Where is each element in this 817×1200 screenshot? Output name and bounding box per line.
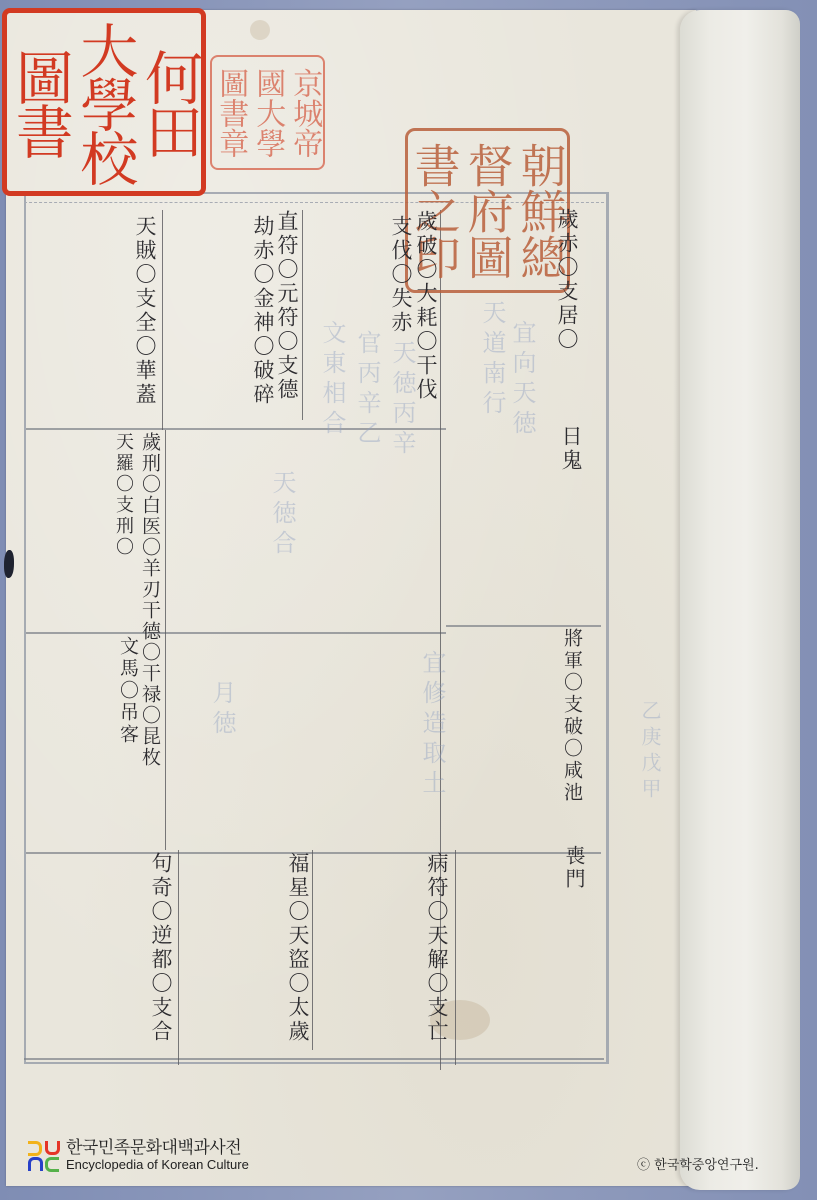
annotation-rule	[455, 850, 456, 1065]
annotation: 直符〇元符〇支德	[276, 210, 297, 402]
annotation: 劫赤〇金神〇破碎	[252, 215, 273, 407]
watermark-english-title: Encyclopedia of Korean Culture	[66, 1158, 249, 1172]
faded-print-text: 乙庚戊甲	[640, 700, 660, 804]
faded-print-text: 文東相合	[320, 320, 344, 440]
faded-print-text: 月徳	[210, 680, 234, 740]
annotation: 句奇〇逆都〇支合	[150, 852, 171, 1044]
annotation: 病符〇天解〇支亡	[426, 852, 447, 1044]
faded-print-text: 官丙辛乙	[355, 330, 379, 450]
rolled-page-edge	[680, 10, 800, 1190]
library-seal-large: 何田 大學校 圖書	[2, 8, 206, 196]
paper-stain	[250, 20, 270, 40]
annotation: 福星〇天盜〇太歲	[287, 852, 308, 1044]
ink-blot	[4, 550, 14, 578]
annotation: 歲赤〇支居〇	[556, 208, 577, 352]
seal-column: 何田	[138, 48, 199, 156]
encyclopedia-watermark: 한국민족문화대백과사전 Encyclopedia of Korean Cultu…	[28, 1140, 249, 1171]
seal-column: 大學校	[74, 21, 135, 183]
grid-row-line	[26, 852, 601, 854]
annotation: 天羅〇支刑〇	[114, 432, 132, 558]
annotation: 天賊〇支全〇華蓋	[134, 215, 155, 407]
annotation-rule	[178, 850, 179, 1065]
seal-column: 京城帝	[289, 68, 321, 158]
annotation-rule	[302, 210, 303, 420]
annotation: 文馬〇吊客	[118, 636, 137, 746]
grid-row-line	[26, 632, 446, 634]
annotation: 歲破〇大耗〇干伐	[415, 210, 436, 402]
encyclopedia-logo-icon	[28, 1141, 60, 1171]
seal-column: 圖書章	[215, 68, 247, 158]
faded-print-text: 天徳丙辛	[390, 340, 414, 460]
annotation-rule	[162, 210, 163, 430]
seal-column: 國大學	[252, 68, 284, 158]
faded-print-text: 宜修造取土	[420, 650, 444, 800]
grid-row-line	[446, 625, 601, 627]
annotation: 喪門	[564, 845, 584, 891]
annotation: 日鬼	[560, 425, 581, 473]
annotation: 將軍〇支破〇咸池	[562, 628, 581, 804]
faded-print-text: 宜向天徳	[510, 320, 534, 440]
faded-print-text: 天道南行	[480, 300, 504, 420]
copyright-notice: ⓒ 한국학중앙연구원.	[637, 1154, 759, 1173]
annotation-rule	[312, 850, 313, 1050]
annotation: 歲刑〇白医〇羊刃干德〇干禄〇昆枚	[140, 432, 159, 768]
keijo-imperial-university-seal: 京城帝 國大學 圖書章	[210, 55, 325, 170]
faded-print-text: 天徳合	[270, 470, 294, 560]
seal-column: 督府圖	[463, 142, 511, 280]
watermark-korean-title: 한국민족문화대백과사전	[66, 1140, 249, 1158]
seal-column: 圖書	[9, 48, 70, 156]
annotation-rule	[165, 430, 166, 850]
annotation: 支伐〇失赤	[390, 215, 411, 335]
grid-row-line	[26, 428, 446, 430]
grid-row-line	[24, 1058, 604, 1060]
